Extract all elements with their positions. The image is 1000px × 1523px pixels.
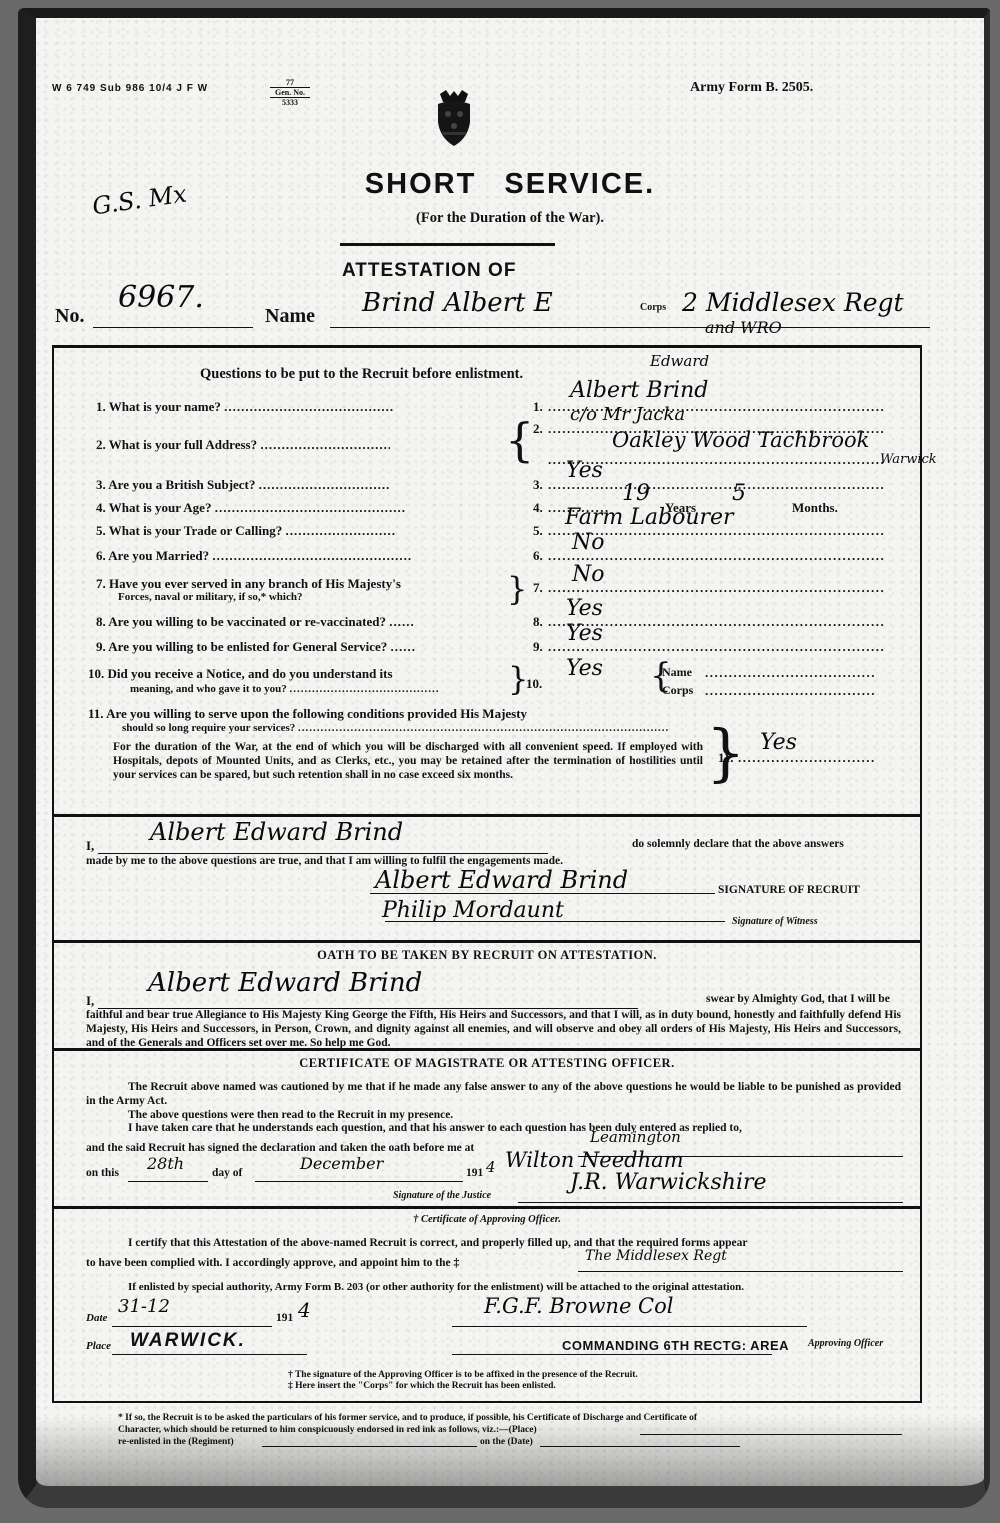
magistrate-p2: The above questions were then read to th… — [128, 1108, 908, 1122]
answer-8: Yes — [566, 596, 603, 621]
officer-stamp: COMMANDING 6TH RECTG: AREA — [562, 1338, 789, 1353]
no-field-line — [93, 327, 253, 328]
year-suffix: 4 — [298, 1298, 311, 1322]
answer-line: ............................. — [738, 750, 878, 766]
question-7: 7. Have you ever served in any branch of… — [96, 576, 401, 592]
footnote-date-line — [540, 1437, 740, 1447]
attestation-heading: ATTESTATION OF — [342, 260, 516, 282]
question-3: 3. Are you a British Subject? ..........… — [96, 477, 389, 493]
year-prefix: 191 — [276, 1312, 293, 1324]
question-text: Are you willing to be enlisted for Gener… — [108, 639, 387, 654]
question-number: 11. — [88, 706, 104, 721]
notice-corps-label: Corps — [662, 683, 693, 698]
question-10: 10. Did you receive a Notice, and do you… — [88, 666, 393, 682]
question-text: Are you a British Subject? — [108, 477, 255, 492]
attestation-day: 28th — [147, 1154, 184, 1173]
approving-note-2: ‡ Here insert the "Corps" for which the … — [288, 1381, 556, 1392]
questions-heading: Questions to be put to the Recruit befor… — [200, 366, 523, 383]
service-conditions: For the duration of the War, at the end … — [113, 740, 703, 782]
leader-dots: ........................................… — [298, 722, 668, 734]
question-text: Are you willing to serve upon the follow… — [106, 706, 527, 721]
months-label: Months. — [792, 500, 838, 516]
section-divider — [54, 940, 920, 943]
year-prefix: 191 — [466, 1167, 483, 1179]
recruit-signature: Albert Edward Brind — [375, 866, 628, 894]
form-id: Army Form B. 2505. — [690, 80, 813, 96]
leader-dots: ...... — [389, 614, 419, 630]
attestation-place: Leamington — [590, 1128, 681, 1146]
question-1: 1. What is your name? ..................… — [96, 399, 394, 415]
declaration-name: Albert Edward Brind — [150, 818, 403, 846]
printer-code: W 6 749 Sub 986 10/4 J F W — [52, 83, 208, 94]
corps-label: Corps — [640, 302, 666, 313]
royal-crest-icon — [432, 88, 476, 148]
answer-number: 9. — [533, 639, 543, 655]
justice-signature-2: J.R. Warwickshire — [570, 1170, 767, 1195]
approval-date: 31-12 — [118, 1296, 170, 1317]
question-number: 6. — [96, 548, 106, 563]
section-divider — [54, 1206, 920, 1209]
gen-no-block: 77 Gen. No. 5333 — [270, 78, 310, 107]
footnote-date-label: on the (Date) — [480, 1437, 533, 1448]
oath-text-after-name: swear by Almighty God, that I will be — [706, 993, 890, 1005]
leader-dots: ...... — [391, 639, 421, 655]
declaration-text-1: do solemnly declare that the above answe… — [632, 838, 844, 850]
corps-value: 2 Middlesex Regt — [682, 288, 904, 317]
witness-signature-caption: Signature of Witness — [732, 916, 818, 927]
question-10-cont: meaning, and who gave it to you? .......… — [130, 683, 440, 695]
question-11: 11. Are you willing to serve upon the fo… — [88, 706, 527, 722]
question-5: 5. What is your Trade or Calling? ......… — [96, 523, 396, 539]
answer-number: 6. — [533, 548, 543, 564]
answer-3: Yes — [566, 458, 603, 483]
leader-dots: ........................................… — [290, 683, 440, 695]
approving-p3: If enlisted by special authority, Army F… — [128, 1280, 908, 1294]
oath-name: Albert Edward Brind — [148, 968, 422, 998]
title-rule — [340, 243, 555, 246]
year-suffix: 4 — [486, 1158, 496, 1176]
magistrate-p3: I have taken care that he understands ea… — [128, 1121, 908, 1135]
name-annotation: Edward — [650, 352, 709, 370]
leader-dots: ........................................ — [259, 477, 389, 493]
question-9: 9. Are you willing to be enlisted for Ge… — [96, 639, 421, 655]
page-title: SHORT SERVICE. — [0, 168, 1000, 201]
question-number: 5. — [96, 523, 106, 538]
witness-signature: Philip Mordaunt — [382, 898, 564, 923]
gen-no-top: 77 — [270, 78, 310, 87]
answer-2-line-1: c/o Mr Jacka — [570, 404, 685, 425]
question-number: 8. — [96, 614, 106, 629]
oath-body: faithful and bear true Allegiance to His… — [86, 1008, 901, 1050]
answer-9: Yes — [566, 621, 603, 646]
answer-11: Yes — [760, 730, 797, 755]
answer-number: 8. — [533, 614, 543, 630]
appointed-to: The Middlesex Regt — [585, 1248, 727, 1264]
question-text: Did you receive a Notice, and do you und… — [108, 666, 393, 681]
leader-dots: ........................................ — [260, 437, 390, 453]
question-8: 8. Are you willing to be vaccinated or r… — [96, 614, 419, 630]
question-number: 4. — [96, 500, 106, 515]
footnote-line-1: * If so, the Recruit is to be asked the … — [118, 1413, 908, 1424]
date-label: Date — [86, 1312, 107, 1324]
recruit-signature-caption: SIGNATURE OF RECRUIT — [718, 884, 860, 896]
approval-place: WARWICK. — [130, 1330, 246, 1352]
leader-dots: ........................................… — [212, 548, 412, 564]
approving-note-1: † The signature of the Approving Officer… — [288, 1370, 638, 1381]
brace-icon: { — [505, 413, 534, 467]
question-number: 3. — [96, 477, 106, 492]
officer-signature: F.G.F. Browne Col — [484, 1294, 673, 1318]
oath-title: OATH TO BE TAKEN BY RECRUIT ON ATTESTATI… — [54, 948, 920, 963]
answer-number: 3. — [533, 477, 543, 493]
service-number: 6967. — [118, 280, 204, 315]
age-years: 19 — [622, 481, 650, 506]
no-label: No. — [55, 305, 84, 328]
question-number: 7. — [96, 576, 106, 591]
question-number: 9. — [96, 639, 106, 654]
on-this-label: on this — [86, 1167, 119, 1179]
question-text: What is your full Address? — [109, 437, 257, 452]
question-number: 1. — [96, 399, 106, 414]
footnote-line-2: Character, which should be returned to h… — [118, 1425, 537, 1436]
recruit-name: Brind Albert E — [362, 288, 553, 318]
magistrate-p4: and the said Recruit has signed the decl… — [86, 1142, 474, 1154]
question-2: 2. What is your full Address? ..........… — [96, 437, 390, 453]
answer-number: 5. — [533, 523, 543, 539]
age-months: 5 — [732, 481, 746, 506]
gen-no-label: Gen. No. — [270, 87, 310, 98]
question-text: What is your Trade or Calling? — [109, 523, 282, 538]
answer-number: 4. — [533, 500, 543, 516]
answer-line: .................................... — [705, 683, 885, 699]
question-text: Have you ever served in any branch of Hi… — [109, 576, 401, 591]
place-label: Place — [86, 1340, 111, 1352]
answer-1: Albert Brind — [570, 378, 708, 403]
question-text: Are you Married? — [108, 548, 209, 563]
question-number: 2. — [96, 437, 106, 452]
answer-2-line-2: Oakley Wood Tachbrook — [612, 428, 869, 452]
question-7-cont: Forces, naval or military, if so,* which… — [118, 591, 302, 603]
declaration-prefix: I, — [86, 838, 94, 854]
answer-number: 11. — [718, 750, 734, 766]
day-of-label: day of — [212, 1167, 242, 1179]
question-text: What is your Age? — [109, 500, 212, 515]
justice-signature-1: Wilton Needham — [505, 1148, 684, 1172]
footnote-line-3: re-enlisted in the (Regiment) — [118, 1437, 234, 1448]
question-text: should so long require your services? — [122, 722, 295, 734]
question-11-cont: should so long require your services? ..… — [122, 722, 668, 734]
answer-6: No — [572, 530, 605, 555]
corps-extra: and WRO — [705, 318, 782, 337]
brace-icon: } — [507, 570, 527, 608]
gen-no-bottom: 5333 — [270, 98, 310, 107]
notice-name-label: Name — [662, 665, 692, 680]
question-text: meaning, and who gave it to you? — [130, 683, 287, 695]
approving-p2: to have been complied with. I accordingl… — [86, 1257, 459, 1269]
footnote-place-line — [640, 1425, 902, 1435]
answer-number: 1. — [533, 399, 543, 415]
attestation-month: December — [300, 1154, 383, 1173]
name-label: Name — [265, 305, 315, 328]
justice-caption: Signature of the Justice — [393, 1190, 491, 1201]
magistrate-certificate-title: CERTIFICATE OF MAGISTRATE OR ATTESTING O… — [54, 1056, 920, 1071]
section-divider — [54, 814, 920, 817]
leader-dots: ........................................… — [215, 500, 405, 516]
approving-officer-caption: Approving Officer — [808, 1338, 883, 1349]
question-6: 6. Are you Married? ....................… — [96, 548, 412, 564]
answer-number: 2. — [533, 421, 543, 437]
answer-number: 7. — [533, 580, 543, 596]
name-field-line — [330, 327, 930, 328]
answer-number: 10. — [526, 676, 542, 692]
answer-2-line-3: Warwick — [880, 452, 937, 467]
page-subtitle: (For the Duration of the War). — [0, 210, 1000, 227]
oath-prefix: I, — [86, 993, 94, 1009]
question-4: 4. What is your Age? ...................… — [96, 500, 405, 516]
answer-line: .................................... — [705, 665, 885, 681]
question-text: Are you willing to be vaccinated or re-v… — [108, 614, 386, 629]
answer-10: Yes — [566, 656, 603, 681]
approving-certificate-title: † Certificate of Approving Officer. — [54, 1214, 920, 1225]
leader-dots: ................................... — [286, 523, 396, 539]
footnote-regiment-line — [262, 1437, 477, 1447]
question-number: 10. — [88, 666, 104, 681]
approving-p1: I certify that this Attestation of the a… — [128, 1236, 908, 1250]
answer-7: No — [572, 562, 605, 587]
answer-5: Farm Labourer — [565, 505, 734, 530]
magistrate-p1: The Recruit above named was cautioned by… — [86, 1080, 901, 1108]
question-text: What is your name? — [109, 399, 221, 414]
leader-dots: ........................................… — [224, 399, 394, 415]
section-divider — [54, 1048, 920, 1051]
